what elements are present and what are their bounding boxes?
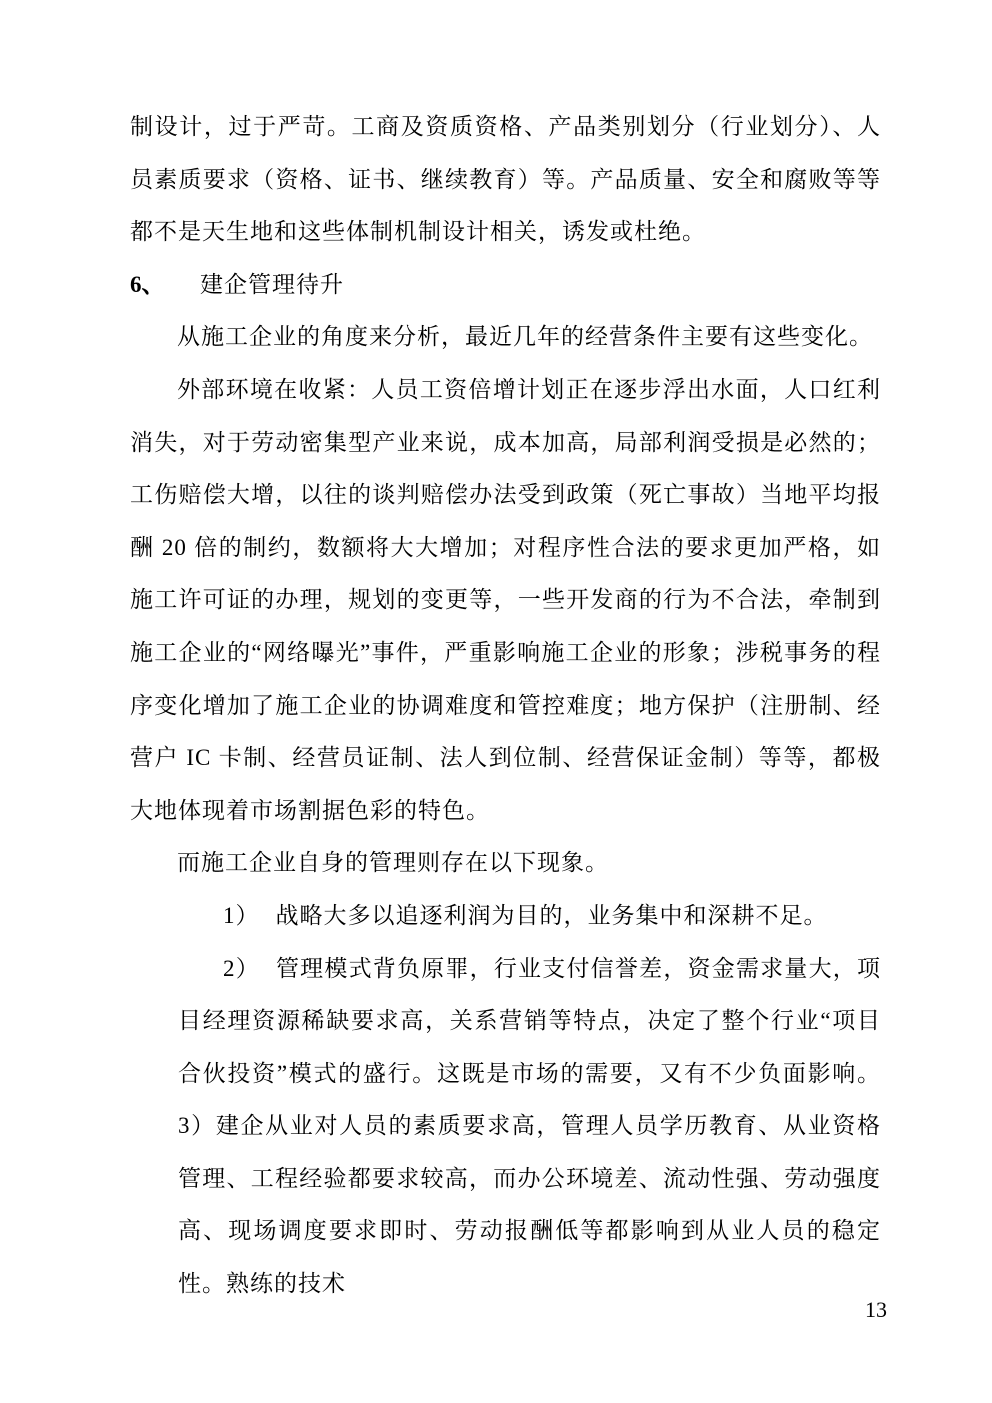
list-item-2-text: 管理模式背负原罪，行业支付信誉差，资金需求量大，项目经理资源稀缺要求高，关系营销… [178, 956, 881, 1297]
page-number: 13 [130, 1295, 887, 1325]
section-heading-title: 建企管理待升 [200, 272, 344, 297]
list-item-2-number: 2） [223, 956, 260, 981]
body-paragraph-1: 从施工企业的角度来分析，最近几年的经营条件主要有这些变化。 [130, 311, 881, 364]
page-body-text: 制设计，过于严苛。工商及资质资格、产品类别划分（行业划分）、人员素质要求（资格、… [130, 101, 881, 1311]
intro-paragraph: 制设计，过于严苛。工商及资质资格、产品类别划分（行业划分）、人员素质要求（资格、… [130, 101, 881, 259]
document-page: 制设计，过于严苛。工商及资质资格、产品类别划分（行业划分）、人员素质要求（资格、… [0, 0, 992, 1403]
list-item-1-number: 1） [223, 903, 260, 928]
body-paragraph-2: 外部环境在收紧：人员工资倍增计划正在逐步浮出水面，人口红利消失，对于劳动密集型产… [130, 364, 881, 837]
section-heading: 6、建企管理待升 [130, 259, 881, 312]
numbered-list-item-2: 2）管理模式背负原罪，行业支付信誉差，资金需求量大，项目经理资源稀缺要求高，关系… [178, 943, 881, 1311]
numbered-list-item-1: 1）战略大多以追逐利润为目的，业务集中和深耕不足。 [178, 890, 881, 943]
list-item-1-text: 战略大多以追逐利润为目的，业务集中和深耕不足。 [276, 903, 828, 928]
body-paragraph-3: 而施工企业自身的管理则存在以下现象。 [130, 837, 881, 890]
section-heading-number: 6、 [130, 259, 200, 312]
